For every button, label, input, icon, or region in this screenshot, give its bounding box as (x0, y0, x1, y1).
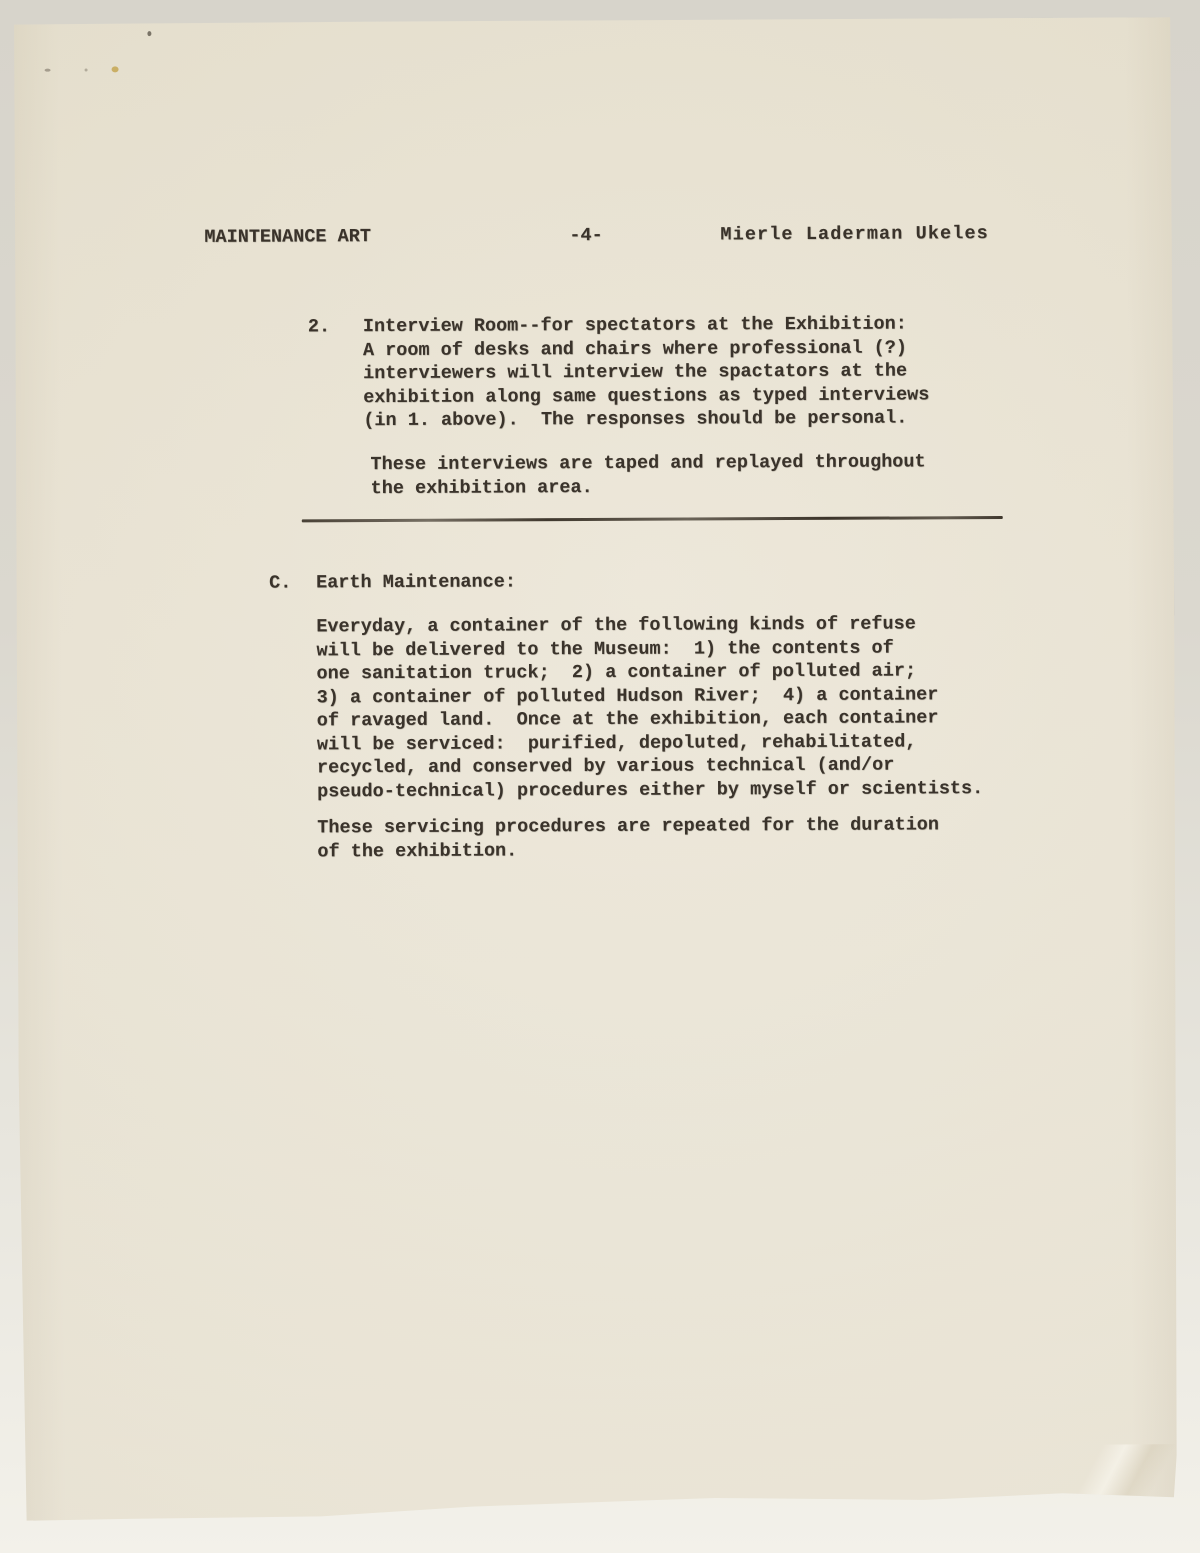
paper-speck (112, 66, 119, 72)
section-letter: C. (269, 571, 291, 595)
section-heading: Earth Maintenance: (316, 570, 516, 594)
page-number: -4- (569, 224, 602, 248)
item-number: 2. (308, 315, 330, 339)
item-paragraph: Interview Room--for spectators at the Ex… (363, 312, 930, 432)
paper-speck (147, 31, 151, 36)
paper-speck (85, 68, 88, 71)
document-page: MAINTENANCE ART -4- Mierle Laderman Ukel… (12, 17, 1178, 1521)
section-note-paragraph: These servicing procedures are repeated … (317, 813, 939, 863)
author-name: Mierle Laderman Ukeles (720, 222, 989, 247)
paper-speck (45, 69, 51, 72)
section-divider (302, 516, 1003, 522)
item-note-paragraph: These interviews are taped and replayed … (370, 450, 925, 500)
corner-fold (1038, 1444, 1178, 1500)
section-paragraph: Everyday, a container of the following k… (316, 612, 983, 803)
document-title: MAINTENANCE ART (204, 225, 371, 249)
